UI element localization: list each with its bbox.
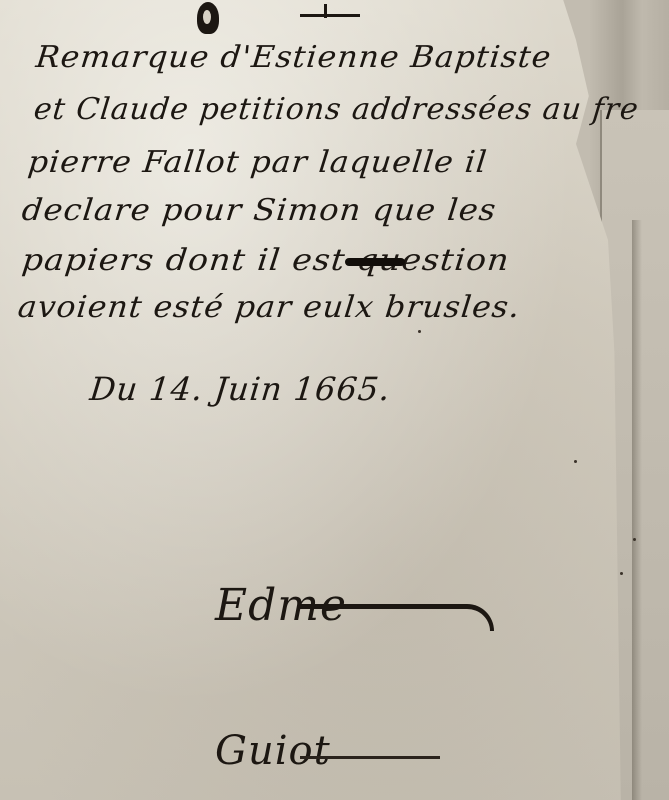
manuscript-line-4: declare pour Simon que les [20, 193, 498, 228]
cross-mark [300, 14, 360, 17]
date-line: Du 14. Juin 1665. [88, 370, 393, 408]
ink-blot-mark [197, 2, 219, 34]
paper-speck [633, 538, 636, 541]
paper-speck [418, 330, 421, 333]
manuscript-line-3: pierre Fallot par laquelle il [26, 145, 489, 180]
signature-2-flourish [300, 756, 440, 759]
paper-speck [620, 572, 623, 575]
manuscript-line-5: papiers dont il est question [20, 243, 511, 278]
struck-out-word [345, 258, 405, 266]
manuscript-line-1: Remarque d'Estienne Baptiste [34, 40, 553, 75]
signature-1-flourish [300, 604, 494, 631]
manuscript-line-2: et Claude petitions addressées au fre [32, 92, 640, 127]
paper-speck [574, 460, 577, 463]
page-edge-shadow [632, 220, 642, 800]
manuscript-line-6: avoient esté par eulx brusles. [16, 290, 522, 325]
signature-2: Guiot [215, 728, 331, 774]
